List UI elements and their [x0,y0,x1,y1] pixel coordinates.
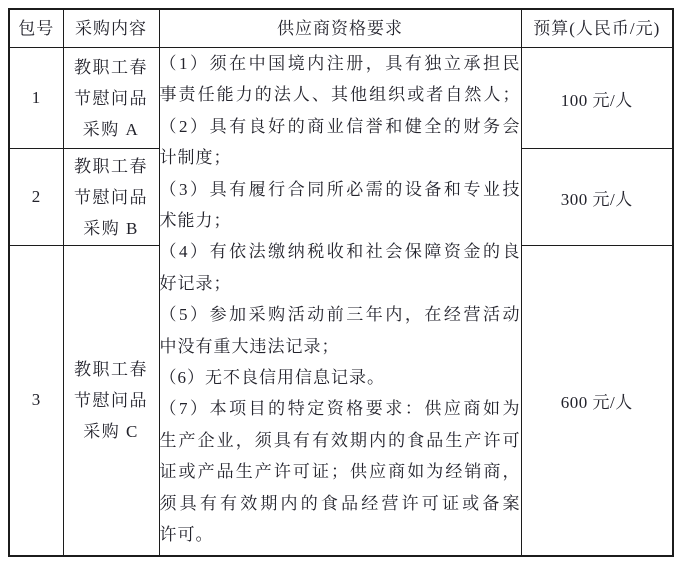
package-number-cell: 2 [9,149,63,246]
requirement-line: （5）参加采购活动前三年内，在经营活动 [160,299,521,330]
requirement-line: 好记录； [160,268,521,299]
supplier-requirements-cell: （1）须在中国境内注册，具有独立承担民 事责任能力的法人、其他组织或者自然人； … [159,48,521,556]
requirement-line: 术能力； [160,205,521,236]
procurement-content-cell: 教职工春 节慰问品 采购 A [63,48,159,149]
requirement-line: 计制度； [160,142,521,173]
package-number-cell: 1 [9,48,63,149]
requirement-line: （3）具有履行合同所必需的设备和专业技 [160,174,521,205]
requirement-line: （6）无不良信用信息记录。 [160,362,521,393]
requirement-line: 事责任能力的法人、其他组织或者自然人； [160,79,521,110]
requirement-line: 生产企业，须具有有效期内的食品生产许可 [160,425,521,456]
budget-cell: 600 元/人 [521,246,673,556]
package-number-cell: 3 [9,246,63,556]
budget-cell: 300 元/人 [521,149,673,246]
procurement-content-cell: 教职工春 节慰问品 采购 B [63,149,159,246]
document-page: 包号 采购内容 供应商资格要求 预算(人民币/元) 1 教职工春 节慰问品 采购… [0,0,678,561]
col-header-package: 包号 [9,9,63,48]
col-header-requirements: 供应商资格要求 [159,9,521,48]
requirement-line: 证或产品生产许可证；供应商如为经销商， [160,456,521,487]
requirement-line: 须具有有效期内的食品经营许可证或备案 [160,488,521,519]
table-header-row: 包号 采购内容 供应商资格要求 预算(人民币/元) [9,9,673,48]
budget-cell: 100 元/人 [521,48,673,149]
requirement-line: （4）有依法缴纳税收和社会保障资金的良 [160,236,521,267]
requirement-line: （2）具有良好的商业信誉和健全的财务会 [160,111,521,142]
requirement-line: （7）本项目的特定资格要求：供应商如为 [160,393,521,424]
col-header-budget: 预算(人民币/元) [521,9,673,48]
col-header-content: 采购内容 [63,9,159,48]
procurement-content-cell: 教职工春 节慰问品 采购 C [63,246,159,556]
table-row: 1 教职工春 节慰问品 采购 A （1）须在中国境内注册，具有独立承担民 事责任… [9,48,673,149]
procurement-table: 包号 采购内容 供应商资格要求 预算(人民币/元) 1 教职工春 节慰问品 采购… [8,8,674,557]
requirement-line: （1）须在中国境内注册，具有独立承担民 [160,48,521,79]
requirement-line: 中没有重大违法记录； [160,331,521,362]
requirement-line: 许可。 [160,519,521,550]
